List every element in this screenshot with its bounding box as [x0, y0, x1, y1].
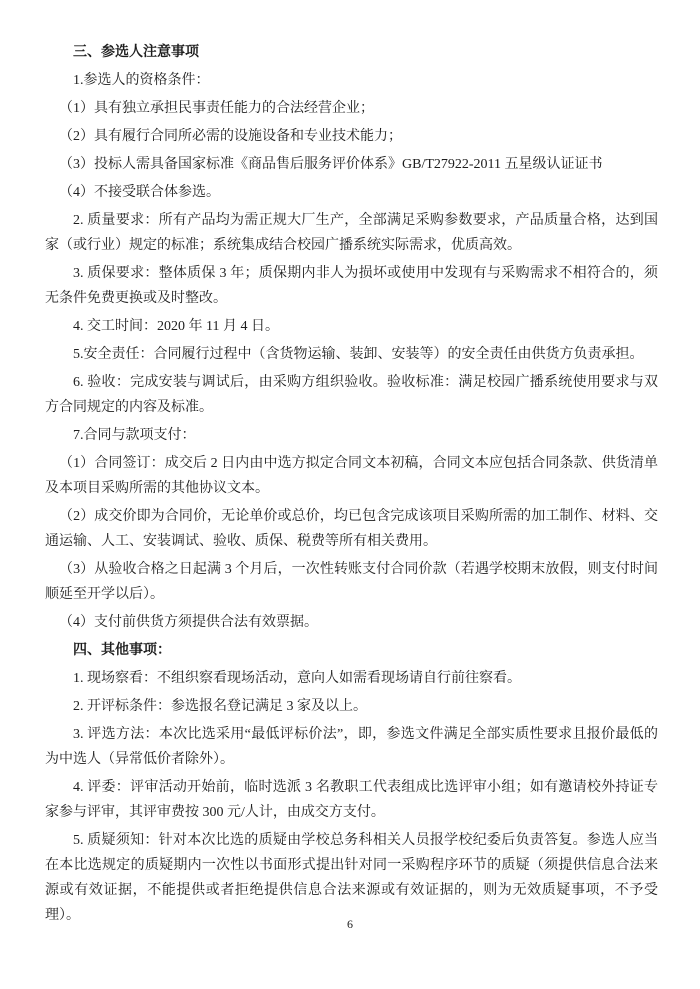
subitem-certification-requirement: （3）投标人需具备国家标准《商品售后服务评价体系》GB/T27922-2011 …	[45, 152, 658, 177]
item-objection-notice: 5. 质疑须知：针对本次比选的质疑由学校总务科相关人员报学校纪委后负责答复。参选…	[45, 828, 658, 928]
page-number: 6	[0, 915, 700, 933]
item-quality-requirement: 2. 质量要求：所有产品均为需正规大厂生产，全部满足采购参数要求，产品质量合格，…	[45, 208, 658, 258]
item-selection-method: 3. 评选方法：本次比选采用“最低评标价法”，即，参选文件满足全部实质性要求且报…	[45, 722, 658, 772]
document-body: 三、参选人注意事项 1.参选人的资格条件： （1）具有独立承担民事责任能力的合法…	[45, 40, 658, 931]
item-bid-opening-condition: 2. 开评标条件：参选报名登记满足 3 家及以上。	[45, 694, 658, 719]
subitem-legal-entity: （1）具有独立承担民事责任能力的合法经营企业；	[45, 96, 658, 121]
subitem-price-inclusions: （2）成交价即为合同价，无论单价或总价，均已包含完成该项目采购所需的加工制作、材…	[45, 504, 658, 554]
item-safety-responsibility: 5.安全责任：合同履行过程中（含货物运输、装卸、安装等）的安全责任由供货方负责承…	[45, 342, 658, 367]
subitem-valid-invoice: （4）支付前供货方须提供合法有效票据。	[45, 610, 658, 635]
item-evaluation-committee: 4. 评委：评审活动开始前，临时选派 3 名教职工代表组成比选评审小组；如有邀请…	[45, 775, 658, 825]
subitem-no-consortium: （4）不接受联合体参选。	[45, 180, 658, 205]
subitem-contract-signing: （1）合同签订：成交后 2 日内由中选方拟定合同文本初稿，合同文本应包括合同条款…	[45, 451, 658, 501]
section-heading-other-matters: 四、其他事项：	[45, 638, 658, 663]
item-site-visit: 1. 现场察看：不组织察看现场活动，意向人如需看现场请自行前往察看。	[45, 666, 658, 691]
document-page: 三、参选人注意事项 1.参选人的资格条件： （1）具有独立承担民事责任能力的合法…	[0, 0, 700, 989]
subitem-equipment-capability: （2）具有履行合同所必需的设施设备和专业技术能力；	[45, 124, 658, 149]
item-contract-and-payment: 7.合同与款项支付：	[45, 423, 658, 448]
subitem-payment-schedule: （3）从验收合格之日起满 3 个月后，一次性转账支付合同价款（若遇学校期末放假，…	[45, 557, 658, 607]
item-completion-date: 4. 交工时间：2020 年 11 月 4 日。	[45, 314, 658, 339]
item-qualification-conditions: 1.参选人的资格条件：	[45, 68, 658, 93]
section-heading-participant-notes: 三、参选人注意事项	[45, 40, 658, 65]
item-warranty-requirement: 3. 质保要求：整体质保 3 年；质保期内非人为损坏或使用中发现有与采购需求不相…	[45, 261, 658, 311]
item-acceptance: 6. 验收：完成安装与调试后，由采购方组织验收。验收标准：满足校园广播系统使用要…	[45, 370, 658, 420]
